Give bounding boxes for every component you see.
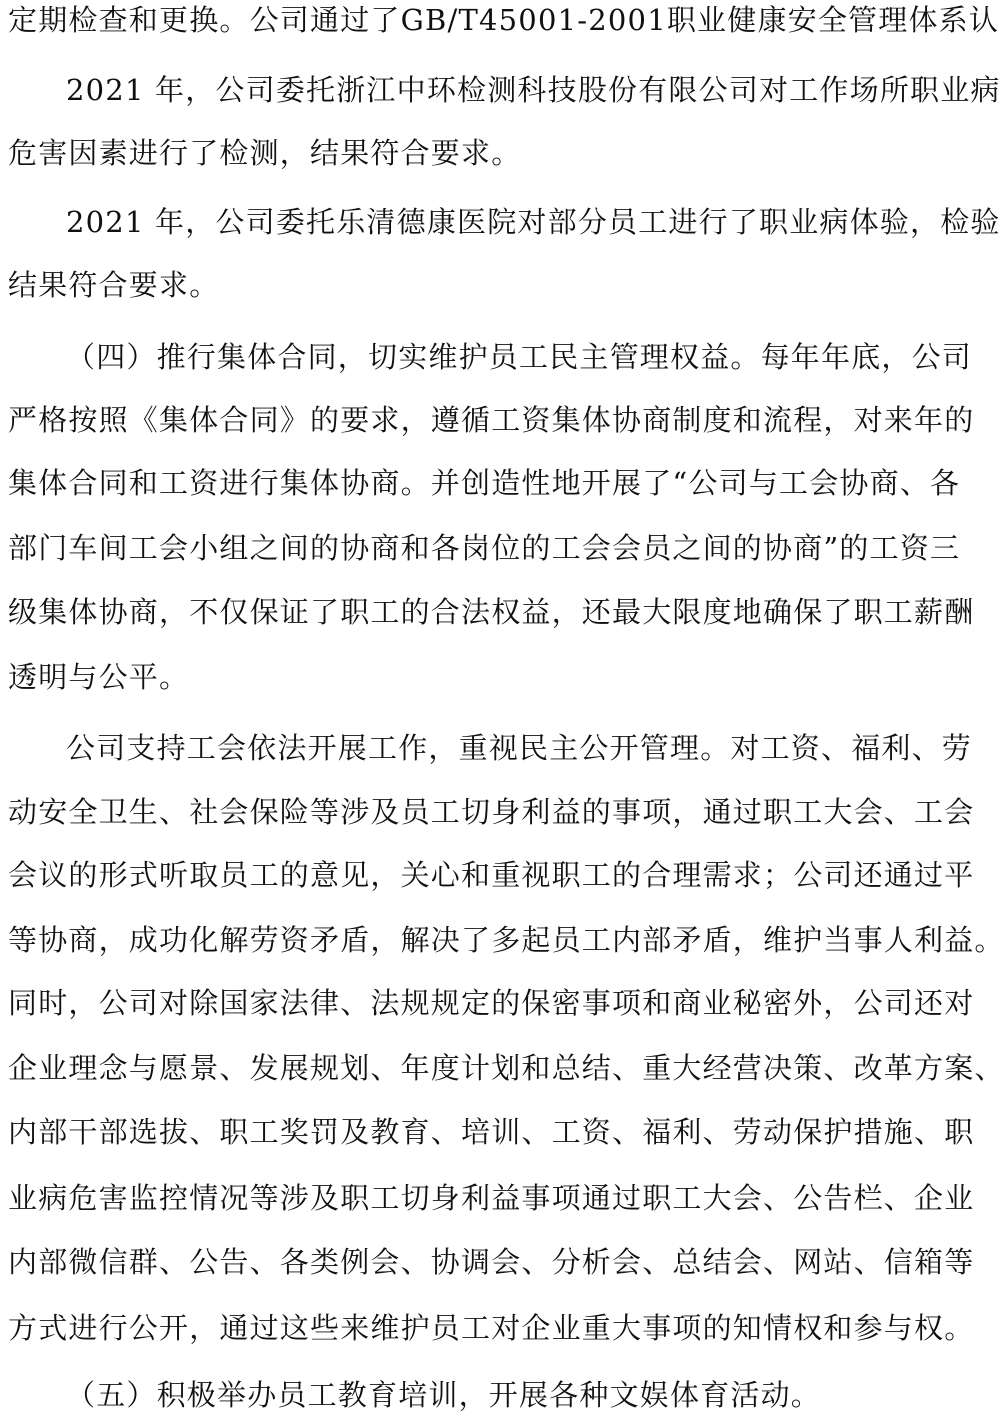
section-heading-line: （五）积极举办员工教育培训，开展各种文娱体育活动。 (66, 1375, 821, 1415)
text-line: 等协商，成功化解劳资矛盾，解决了多起员工内部矛盾，维护当事人利益。 (8, 920, 1000, 960)
text-line: 部门车间工会小组之间的协商和各岗位的工会会员之间的协商”的工资三 (8, 528, 960, 568)
section-heading-line: （四）推行集体合同，切实维护员工民主管理权益。每年年底，公司 (66, 337, 972, 377)
paragraph-start-line: 2021 年，公司委托浙江中环检测科技股份有限公司对工作场所职业病 (66, 70, 1000, 110)
paragraph-start-line: 公司支持工会依法开展工作，重视民主公开管理。对工资、福利、劳 (66, 728, 972, 768)
text-line: 动安全卫生、社会保险等涉及员工切身利益的事项，通过职工大会、工会 (8, 792, 974, 832)
text-line: 严格按照《集体合同》的要求，遵循工资集体协商制度和流程，对来年的 (8, 400, 974, 440)
text-line: 同时，公司对除国家法律、法规规定的保密事项和商业秘密外，公司还对 (8, 983, 974, 1023)
text-line: 结果符合要求。 (8, 265, 219, 305)
text-line: 内部干部选拔、职工奖罚及教育、培训、工资、福利、劳动保护措施、职 (8, 1112, 974, 1152)
paragraph-start-line: 2021 年，公司委托乐清德康医院对部分员工进行了职业病体验，检验 (66, 202, 1000, 242)
text-line: 业病危害监控情况等涉及职工切身利益事项通过职工大会、公告栏、企业 (8, 1178, 974, 1218)
text-line: 危害因素进行了检测，结果符合要求。 (8, 133, 521, 173)
text-line: 级集体协商，不仅保证了职工的合法权益，还最大限度地确保了职工薪酬 (8, 592, 974, 632)
text-line: 会议的形式听取员工的意见，关心和重视职工的合理需求；公司还通过平 (8, 855, 974, 895)
text-line: 企业理念与愿景、发展规划、年度计划和总结、重大经营决策、改革方案、 (8, 1048, 1000, 1088)
text-line: 内部微信群、公告、各类例会、协调会、分析会、总结会、网站、信箱等 (8, 1242, 974, 1282)
text-line: 定期检查和更换。公司通过了GB/T45001-2001职业健康安全管理体系认证。 (8, 0, 1000, 40)
text-line: 集体合同和工资进行集体协商。并创造性地开展了“公司与工会协商、各 (8, 463, 960, 503)
text-line: 方式进行公开，通过这些来维护员工对企业重大事项的知情权和参与权。 (8, 1308, 974, 1348)
text-line: 透明与公平。 (8, 657, 189, 697)
